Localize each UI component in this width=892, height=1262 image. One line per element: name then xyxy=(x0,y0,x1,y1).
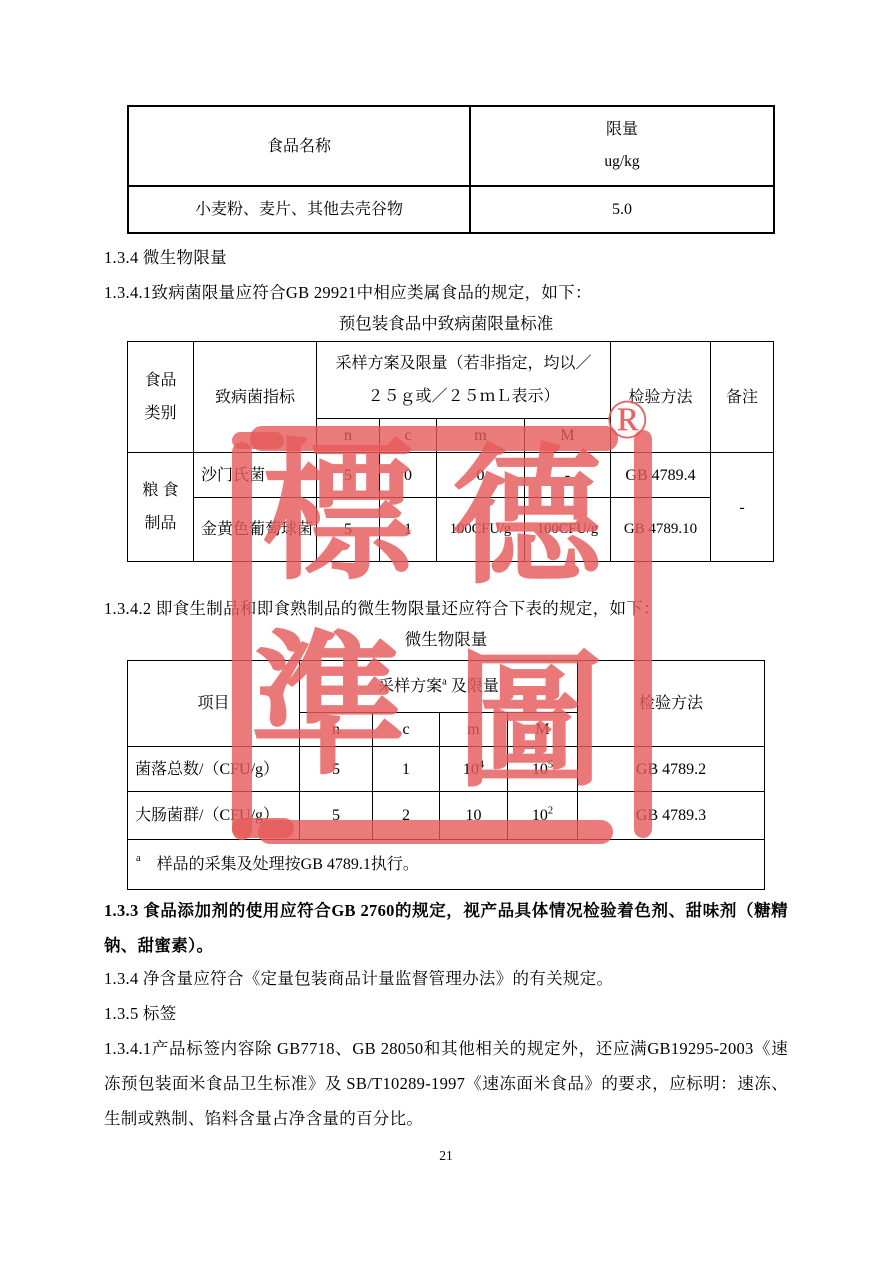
table-row: 菌落总数/（CFU/g） 5 1 104 105 GB 4789.2 xyxy=(128,747,765,792)
food-name-header: 食品名称 xyxy=(128,106,470,186)
pathogen-indicator-header: 致病菌指标 xyxy=(194,342,317,453)
c-value-cell: 2 xyxy=(373,792,440,840)
M-value-cell: - xyxy=(525,453,611,498)
col-c-header: c xyxy=(380,419,437,453)
limit-header-title: 限量 xyxy=(474,114,770,146)
col-m-header: m xyxy=(440,713,508,747)
limit-value-cell: 5.0 xyxy=(470,186,774,233)
section-1-3-4-1-text: 1.3.4.1致病菌限量应符合GB 29921中相应类属食品的规定，如下： xyxy=(104,275,788,310)
food-category-header: 食品 类别 xyxy=(128,342,194,453)
micro-table-caption: 微生物限量 xyxy=(0,625,892,655)
table-row: 粮 食 制品 沙门氏菌 5 0 0 - GB 4789.4 - xyxy=(128,453,774,498)
col-M-header: M xyxy=(525,419,611,453)
col-m-header: m xyxy=(437,419,525,453)
sampling-plan-label-rest: 及限量 xyxy=(447,678,499,695)
table-header-row: 食品名称 限量 ug/kg xyxy=(128,106,774,186)
M-value-cell: 102 xyxy=(508,792,578,840)
test-method-header: 检验方法 xyxy=(578,661,765,747)
section-1-3-4-net-content-text: 1.3.4 净含量应符合《定量包装商品计量监督管理办法》的有关规定。 xyxy=(104,961,788,996)
document-page: 食品名称 限量 ug/kg 小麦粉、麦片、其他去壳谷物 5.0 1.3.4 微生… xyxy=(0,0,892,1262)
n-value-cell: 5 xyxy=(317,498,380,562)
section-1-3-3-text: 1.3.3 食品添加剂的使用应符合GB 2760的规定，视产品具体情况检验着色剂… xyxy=(104,893,788,963)
n-value-cell: 5 xyxy=(300,747,373,792)
remark-header: 备注 xyxy=(711,342,774,453)
food-name-cell: 小麦粉、麦片、其他去壳谷物 xyxy=(128,186,470,233)
sampling-plan-label: 采样方案 xyxy=(378,678,442,695)
m-value-cell: 100CFU/g xyxy=(437,498,525,562)
col-n-header: n xyxy=(317,419,380,453)
pathogen-limit-table: 食品 类别 致病菌指标 采样方案及限量（若非指定，均以／ ２５ｇ或／２５ｍＬ表示… xyxy=(127,341,774,562)
item-cell: 大肠菌群/（CFU/g） xyxy=(128,792,300,840)
n-value-cell: 5 xyxy=(300,792,373,840)
food-category-cell: 粮 食 制品 xyxy=(128,453,194,562)
item-cell: 菌落总数/（CFU/g） xyxy=(128,747,300,792)
m-value-cell: 0 xyxy=(437,453,525,498)
microbiological-limit-table: 项目 采样方案a 及限量 检验方法 n c m M 菌落总数/（CFU/g） 5… xyxy=(127,660,765,890)
col-c-header: c xyxy=(373,713,440,747)
footnote-text: 样品的采集及处理按GB 4789.1执行。 xyxy=(157,856,419,873)
remark-cell: - xyxy=(711,453,774,562)
test-method-cell: GB 4789.3 xyxy=(578,792,765,840)
test-method-cell: GB 4789.4 xyxy=(611,453,711,498)
c-value-cell: 1 xyxy=(380,498,437,562)
limit-header-unit: ug/kg xyxy=(474,146,770,178)
page-number: 21 xyxy=(0,1148,892,1164)
M-value-cell: 105 xyxy=(508,747,578,792)
col-n-header: n xyxy=(300,713,373,747)
table-row: 大肠菌群/（CFU/g） 5 2 10 102 GB 4789.3 xyxy=(128,792,765,840)
limit-header: 限量 ug/kg xyxy=(470,106,774,186)
m-value-cell: 104 xyxy=(440,747,508,792)
sampling-plan-header: 采样方案a 及限量 xyxy=(300,661,578,713)
pathogen-table-caption: 预包装食品中致病菌限量标准 xyxy=(0,309,892,339)
n-value-cell: 5 xyxy=(317,453,380,498)
sampling-plan-header: 采样方案及限量（若非指定，均以／ ２５ｇ或／２５ｍＬ表示） xyxy=(317,342,611,419)
m-value-cell: 10 xyxy=(440,792,508,840)
aflatoxin-limit-table: 食品名称 限量 ug/kg 小麦粉、麦片、其他去壳谷物 5.0 xyxy=(127,105,775,234)
table-row: 金黄色葡萄球菌 5 1 100CFU/g 100CFU/g GB 4789.10 xyxy=(128,498,774,562)
table-footnote-row: a样品的采集及处理按GB 4789.1执行。 xyxy=(128,840,765,890)
pathogen-name-cell: 沙门氏菌 xyxy=(194,453,317,498)
section-1-3-4-2-text: 1.3.4.2 即食生制品和即食熟制品的微生物限量还应符合下表的规定，如下： xyxy=(104,591,788,626)
section-1-3-5-heading: 1.3.5 标签 xyxy=(104,996,788,1031)
table-header-row: 项目 采样方案a 及限量 检验方法 xyxy=(128,661,765,713)
table-header-row: 食品 类别 致病菌指标 采样方案及限量（若非指定，均以／ ２５ｇ或／２５ｍＬ表示… xyxy=(128,342,774,419)
section-1-3-4-heading: 1.3.4 微生物限量 xyxy=(104,240,788,275)
pathogen-name-cell: 金黄色葡萄球菌 xyxy=(194,498,317,562)
col-M-header: M xyxy=(508,713,578,747)
footnote-cell: a样品的采集及处理按GB 4789.1执行。 xyxy=(128,840,765,890)
M-value-cell: 100CFU/g xyxy=(525,498,611,562)
footnote-marker: a xyxy=(136,853,141,864)
test-method-cell: GB 4789.2 xyxy=(578,747,765,792)
item-header: 项目 xyxy=(128,661,300,747)
c-value-cell: 1 xyxy=(373,747,440,792)
section-1-3-4-1-label-text: 1.3.4.1产品标签内容除 GB7718、GB 28050和其他相关的规定外，… xyxy=(104,1031,788,1136)
test-method-header: 检验方法 xyxy=(611,342,711,453)
table-row: 小麦粉、麦片、其他去壳谷物 5.0 xyxy=(128,186,774,233)
c-value-cell: 0 xyxy=(380,453,437,498)
test-method-cell: GB 4789.10 xyxy=(611,498,711,562)
